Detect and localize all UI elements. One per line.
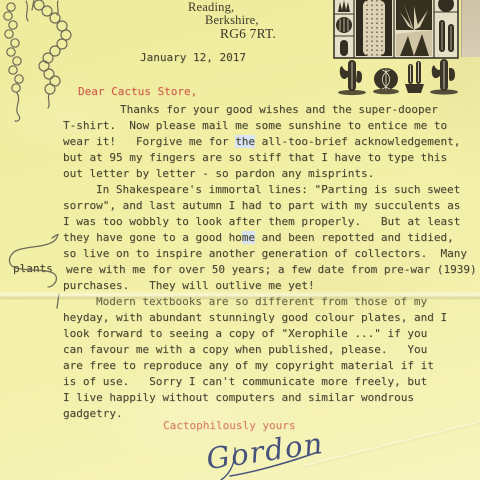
body-line: In Shakespeare's immortal lines: "Partin… (96, 182, 460, 197)
body-line: but at 95 my fingers are so stiff that I… (63, 150, 447, 165)
body-line: Thanks for your good wishes and the supe… (120, 102, 438, 117)
body-line: are free to reproduce any of my copyrigh… (63, 358, 434, 373)
highlighted-text: me (242, 231, 255, 244)
margin-bracket-doodle-icon (2, 232, 68, 312)
body-line: gadgetry. (63, 406, 123, 421)
salutation: Dear Cactus Store, (78, 84, 197, 99)
body-line: heyday, with abundant stunningly good co… (63, 310, 447, 325)
letter-date: January 12, 2017 (140, 50, 246, 65)
scan-edge-strip (461, 0, 480, 57)
body-line: I live happily without computers and sim… (63, 390, 414, 405)
body-line: purchases. They will outlive me yet! (63, 278, 315, 293)
body-line: were with me for over 50 years; a few da… (66, 262, 477, 277)
body-line: Modern textbooks are so different from t… (96, 294, 427, 309)
body-line: look forward to seeing a copy of "Xeroph… (63, 326, 427, 341)
body-line: wear it! Forgive me for the all-too-brie… (63, 134, 460, 149)
cactus-engraving-icon (330, 0, 464, 100)
body-line: they have gone to a good home and been r… (63, 230, 454, 245)
body-line: sorrow", and last autumn I had to part w… (63, 198, 460, 213)
body-line: is of use. Sorry I can't communicate mor… (63, 374, 427, 389)
body-line: out letter by letter - so pardon any mis… (63, 166, 374, 181)
body-line: can favour me with a copy when published… (63, 342, 427, 357)
signature-underline-flourish (190, 428, 330, 480)
body-line: I was too wobbly to look after them prop… (63, 214, 460, 229)
letterhead-postcode: RG6 7RT. (220, 26, 276, 42)
scanned-letter-page: Reading, Berkshire, RG6 7RT. January 12,… (0, 0, 480, 480)
body-line: so live on to inspire another generation… (63, 246, 467, 261)
highlighted-text: the (235, 135, 255, 148)
body-line: T-shirt. Now please mail me some sunshin… (63, 118, 447, 133)
